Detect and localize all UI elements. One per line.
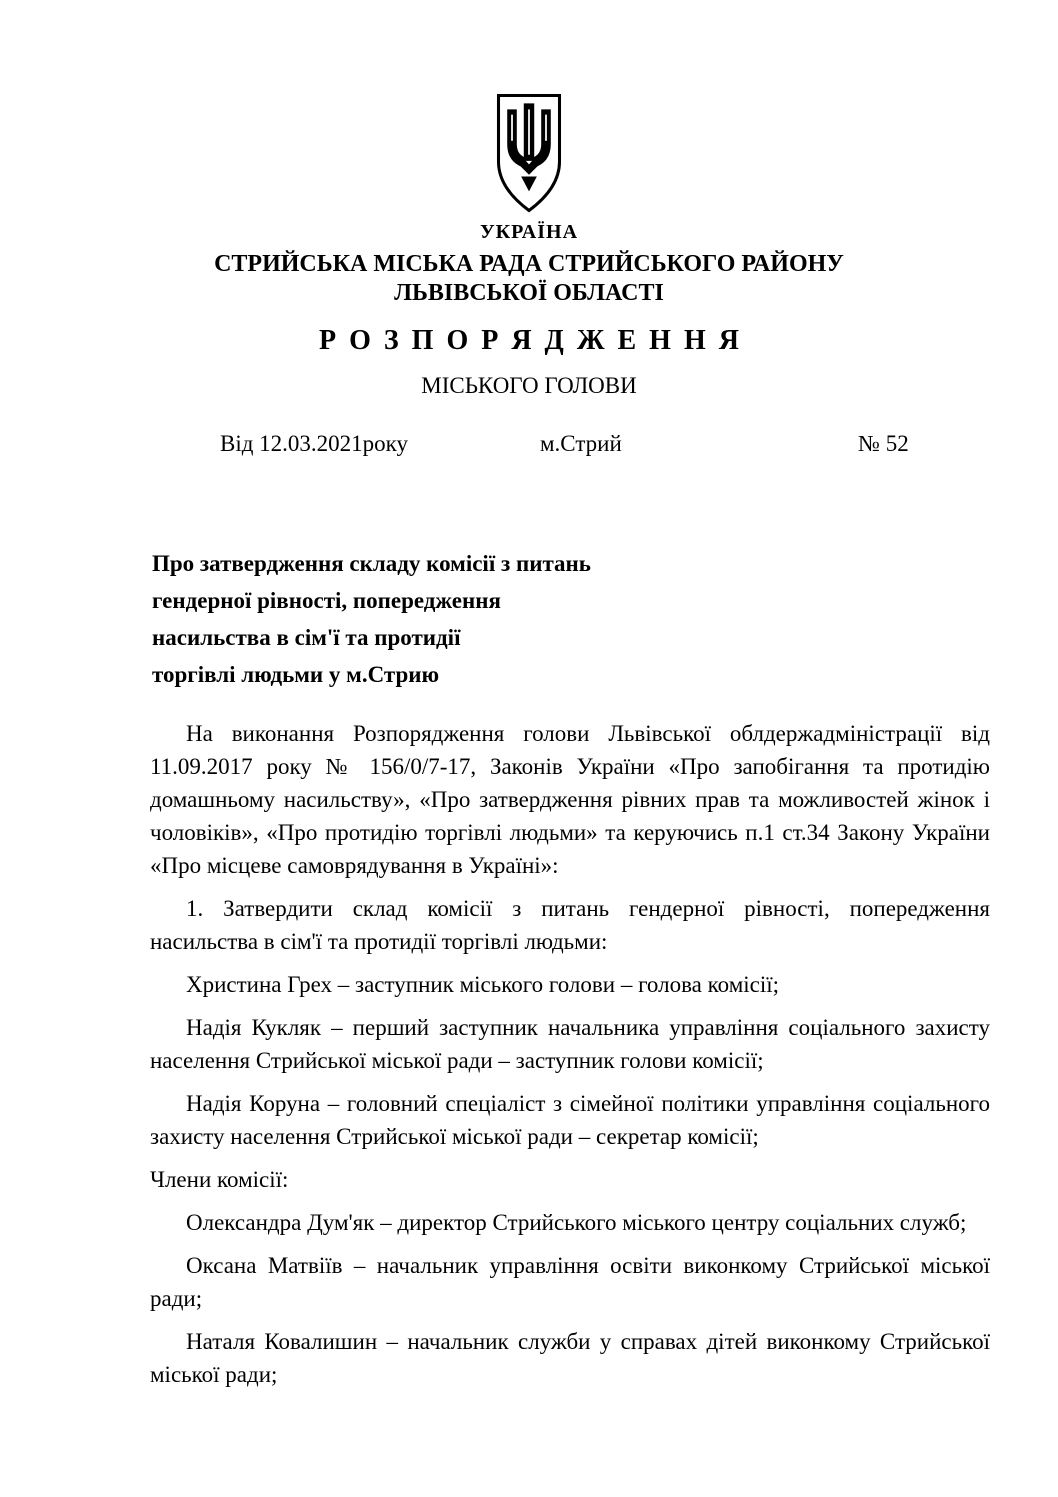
paragraph-members-label: Члени комісії:: [150, 1163, 990, 1196]
document-place: м.Стрий: [540, 431, 622, 457]
paragraph-commission-head: Христина Грех – заступник міського голов…: [150, 968, 990, 1001]
paragraph-member-dumiak: Олександра Дум'як – директор Стрийського…: [150, 1206, 990, 1239]
document-date: Від 12.03.2021року: [220, 431, 408, 457]
paragraph-member-matviiv: Оксана Матвіїв – начальник управління ос…: [150, 1249, 990, 1315]
document-number: № 52: [858, 431, 909, 457]
council-name-line1: СТРИЙСЬКА МІСЬКА РАДА СТРИЙСЬКОГО РАЙОНУ: [0, 250, 1058, 279]
subject-line-3: насильства в сім'ї та протидії: [152, 619, 1058, 656]
subject-line-2: гендерної рівності, попередження: [152, 582, 1058, 619]
document-header: УКРАЇНА СТРИЙСЬКА МІСЬКА РАДА СТРИЙСЬКОГ…: [0, 0, 1058, 399]
document-subject-block: Про затвердження складу комісії з питань…: [152, 545, 1058, 693]
document-meta-row: Від 12.03.2021року м.Стрий № 52: [0, 431, 1058, 463]
document-type-title: Р О З П О Р Я Д Ж Е Н Н Я: [0, 325, 1058, 357]
council-name-line2: ЛЬВІВСЬКОЇ ОБЛАСТІ: [0, 279, 1058, 308]
document-page: УКРАЇНА СТРИЙСЬКА МІСЬКА РАДА СТРИЙСЬКОГ…: [0, 0, 1058, 1497]
subject-line-4: торгівлі людьми у м.Стрию: [152, 656, 1058, 693]
paragraph-item-1: 1. Затвердити склад комісії з питань ген…: [150, 892, 990, 958]
paragraph-member-kovalyshyn: Наталя Ковалишин – начальник служби у сп…: [150, 1325, 990, 1391]
paragraph-secretary: Надія Коруна – головний спеціаліст з сім…: [150, 1087, 990, 1153]
paragraph-deputy-head: Надія Кукляк – перший заступник начальни…: [150, 1011, 990, 1077]
country-name: УКРАЇНА: [0, 221, 1058, 243]
ukraine-coat-of-arms-icon: [485, 92, 573, 214]
document-subtype-title: МІСЬКОГО ГОЛОВИ: [0, 372, 1058, 399]
paragraph-legal-basis: На виконання Розпорядження голови Львівс…: [150, 717, 990, 882]
subject-line-1: Про затвердження складу комісії з питань: [152, 545, 1058, 582]
document-body: На виконання Розпорядження голови Львівс…: [150, 717, 990, 1391]
